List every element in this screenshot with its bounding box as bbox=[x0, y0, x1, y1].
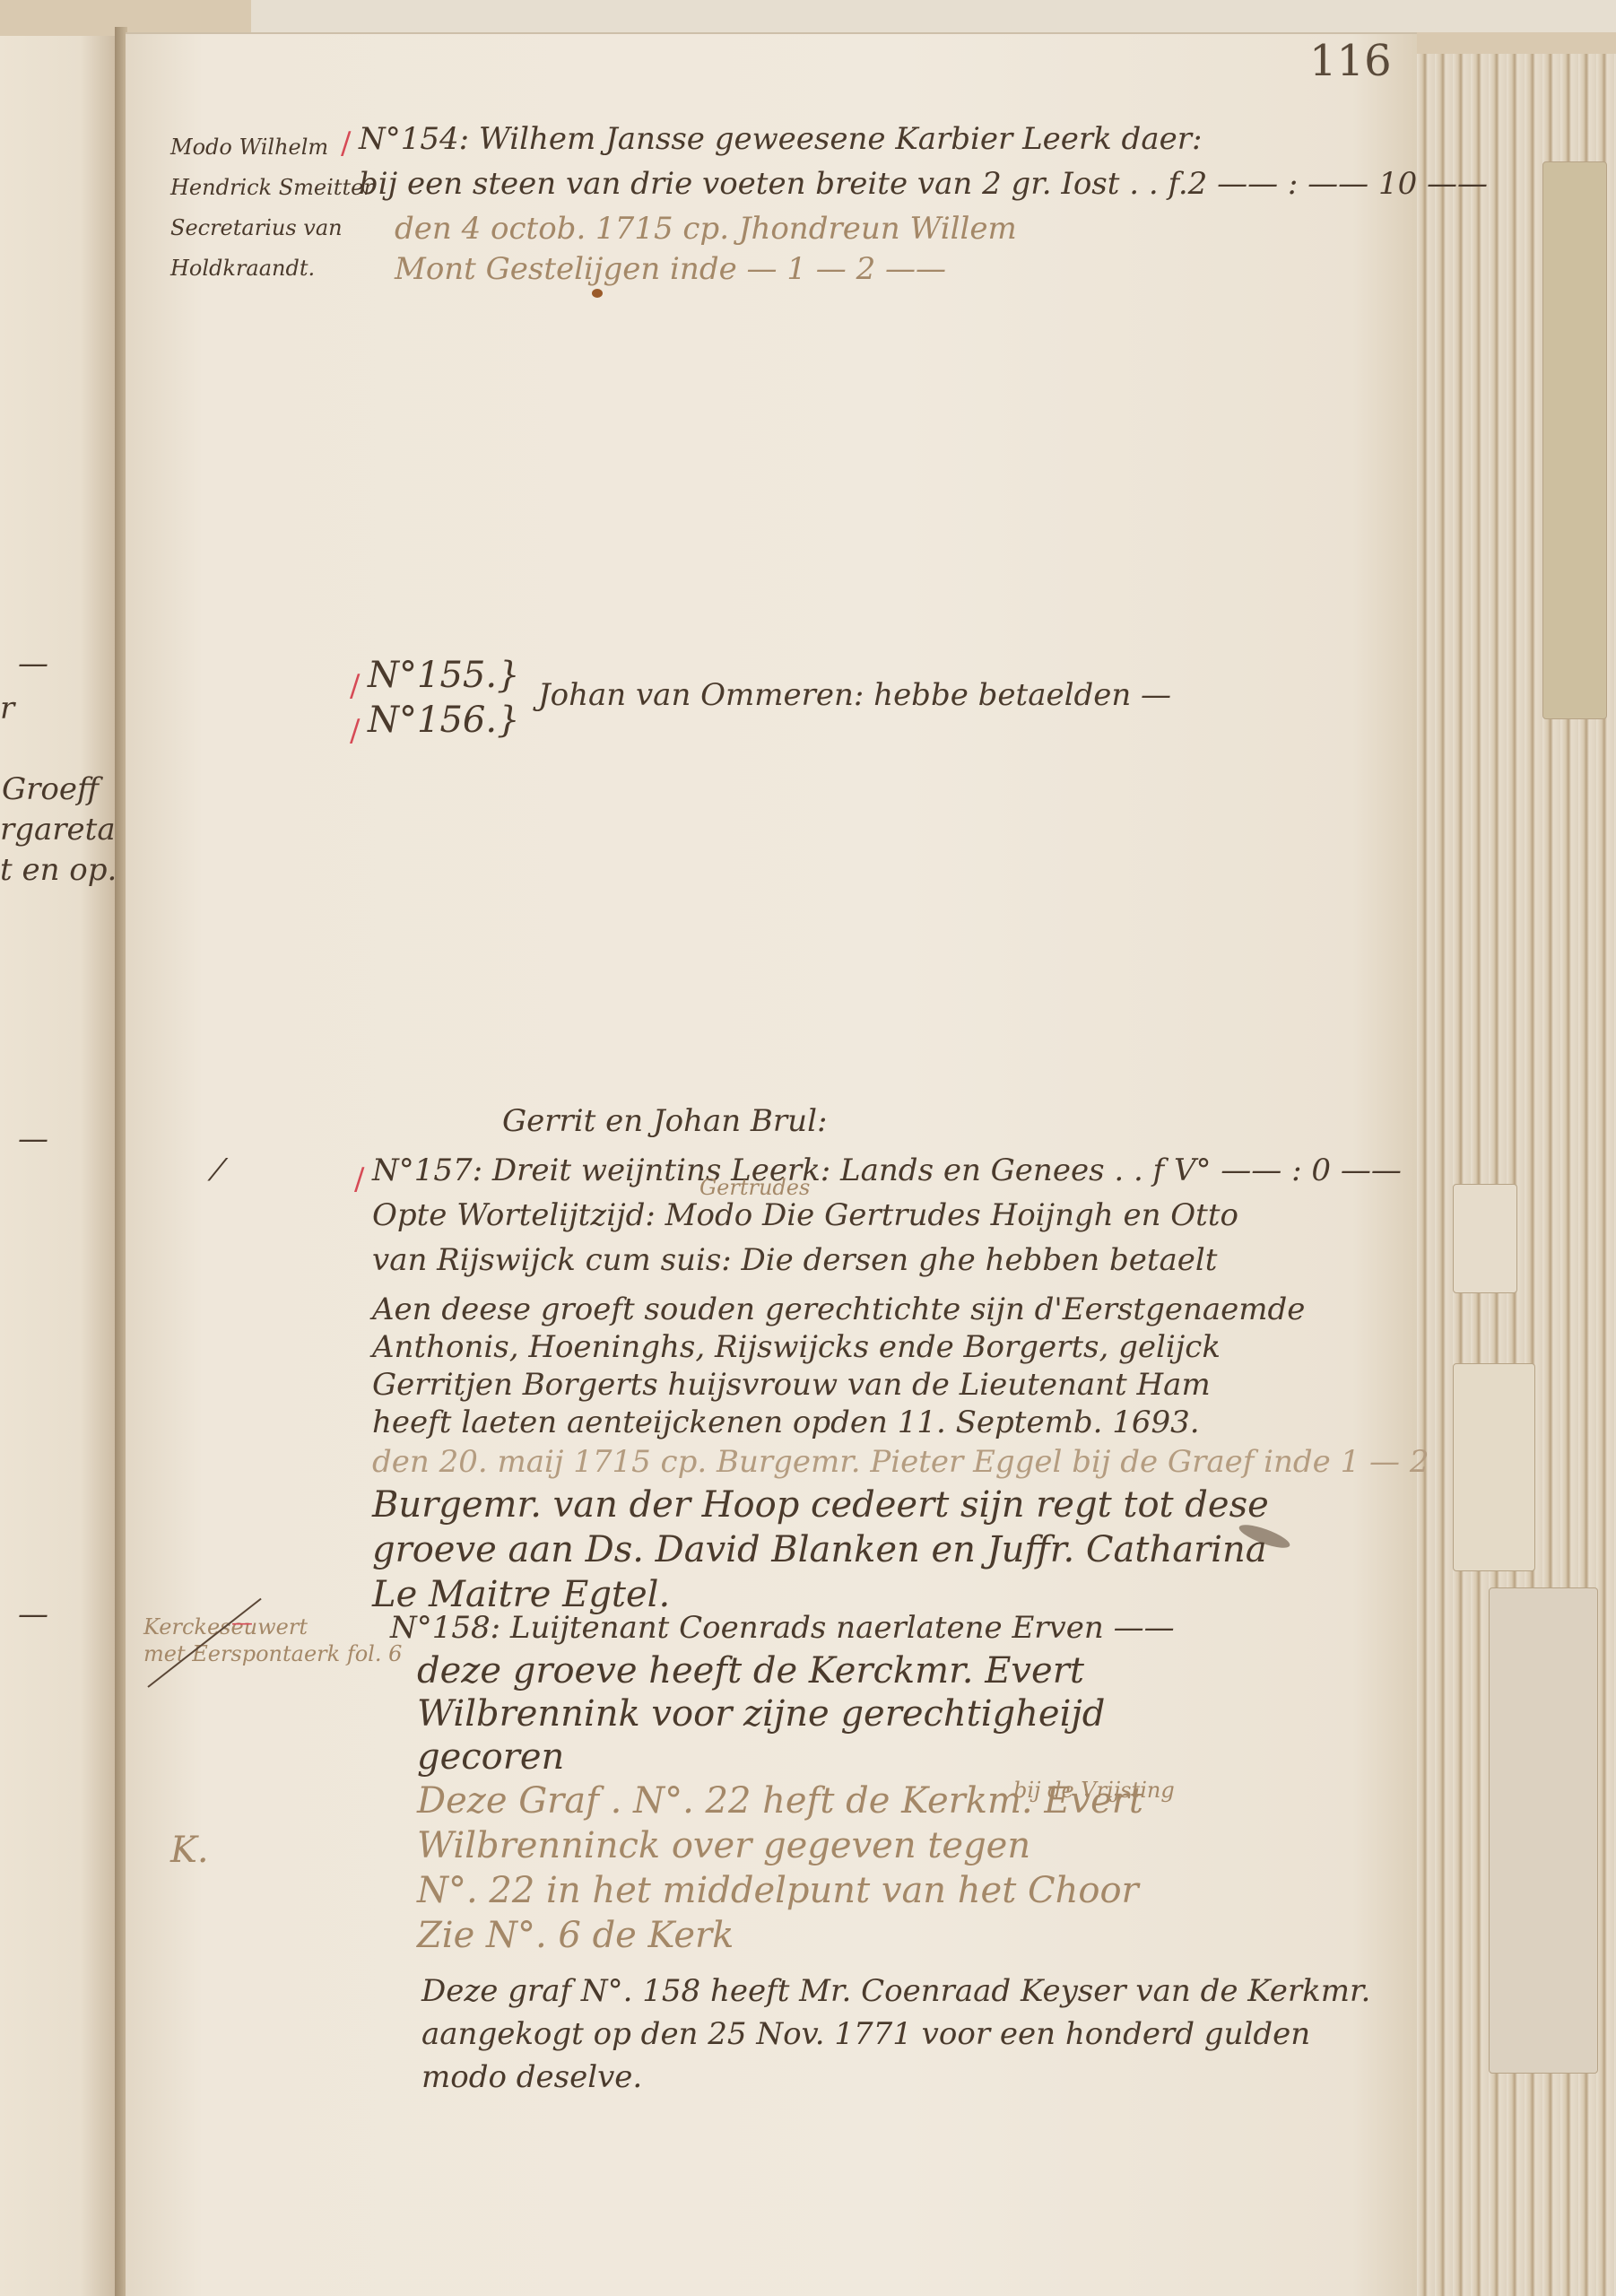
left-fragment: r bbox=[0, 691, 14, 726]
red-check-mark: / bbox=[354, 1161, 364, 1197]
left-fragment: t en op. bbox=[0, 852, 117, 888]
entry-line: Johan van Ommeren: hebbe betaelden — bbox=[538, 677, 1171, 713]
red-check-mark: / bbox=[350, 668, 360, 704]
entry-line: heeft laeten aenteijckenen opden 11. Sep… bbox=[372, 1405, 1200, 1440]
entry-line: modo deselve. bbox=[421, 2059, 642, 2095]
entry-line: N°158: Luijtenant Coenrads naerlatene Er… bbox=[390, 1610, 1175, 1646]
entry-number: N°156.} bbox=[368, 700, 520, 741]
entry-line: Anthonis, Hoeninghs, Rijswijcks ende Bor… bbox=[372, 1329, 1221, 1365]
entry-line: groeve aan Ds. David Blanken en Juffr. C… bbox=[372, 1529, 1267, 1570]
red-check-mark: / bbox=[350, 713, 360, 749]
left-fragment: Groeff bbox=[2, 771, 99, 807]
folio-number: 116 bbox=[1309, 36, 1392, 86]
entry-line: aangekogt op den 25 Nov. 1771 voor een h… bbox=[421, 2016, 1310, 2052]
entry-line: gecoren bbox=[417, 1736, 564, 1778]
left-fragment: — bbox=[18, 646, 48, 682]
margin-note: Secretarius van bbox=[170, 215, 343, 240]
left-fragment: — bbox=[18, 1596, 48, 1632]
faded-line: den 20. maij 1715 cp. Burgemr. Pieter Eg… bbox=[372, 1444, 1429, 1480]
faded-line: N°. 22 in het middelpunt van het Choor bbox=[417, 1870, 1139, 1911]
entry-line: Wilbrennink voor zijne gerechtigheijd bbox=[417, 1693, 1105, 1735]
paper-tab bbox=[1453, 1184, 1517, 1293]
background-strip bbox=[251, 0, 1616, 32]
margin-note: Modo Wilhelm bbox=[170, 135, 328, 160]
margin-mark: ⁄ bbox=[215, 1152, 221, 1188]
margin-note: met Eerspontaerk fol. 6 bbox=[143, 1641, 402, 1666]
margin-note: Holdkraandt. bbox=[170, 256, 315, 281]
entry-line: bij een steen van drie voeten breite van… bbox=[359, 166, 1488, 202]
ink-dot bbox=[592, 289, 603, 298]
left-fragment: — bbox=[18, 1121, 48, 1157]
red-check-mark: / bbox=[341, 126, 351, 161]
margin-letter: K. bbox=[170, 1830, 209, 1871]
paper-tab bbox=[1489, 1587, 1598, 2074]
entry-heading: Gerrit en Johan Brul: bbox=[502, 1103, 827, 1139]
red-check-mark: — bbox=[231, 1610, 253, 1635]
entry-line: Deze graf N°. 158 heeft Mr. Coenraad Key… bbox=[421, 1973, 1370, 2009]
interlinear-note: Gertrudes bbox=[699, 1175, 810, 1200]
faded-line: Wilbrenninck over gegeven tegen bbox=[417, 1825, 1030, 1866]
entry-line: deze groeve heeft de Kerckmr. Evert bbox=[417, 1650, 1084, 1692]
entry-number: N°155.} bbox=[368, 655, 520, 696]
entry-line: van Rijswijck cum suis: Die dersen ghe h… bbox=[372, 1242, 1217, 1278]
entry-line: Burgemr. van der Hoop cedeert sijn regt … bbox=[372, 1484, 1269, 1526]
margin-note: Hendrick Smeitter bbox=[170, 175, 374, 200]
interlinear-note: bij de Vrijsting bbox=[1013, 1778, 1175, 1803]
faded-line: den 4 octob. 1715 cp. Jhondreun Willem bbox=[395, 211, 1017, 247]
paper-tab bbox=[1453, 1363, 1535, 1571]
entry-line: Gerritjen Borgerts huijsvrouw van de Lie… bbox=[372, 1367, 1211, 1403]
entry-line: Opte Wortelijtzijd: Modo Die Gertrudes H… bbox=[372, 1197, 1238, 1233]
entry-line: N°154: Wilhem Jansse geweesene Karbier L… bbox=[359, 121, 1202, 157]
left-page bbox=[0, 36, 117, 2296]
left-fragment: rgareta bbox=[0, 812, 116, 848]
entry-line: Aen deese groeft souden gerechtichte sij… bbox=[372, 1291, 1305, 1327]
faded-line: Mont Gestelijgen inde — 1 — 2 —— bbox=[395, 251, 946, 287]
faded-line: Zie N°. 6 de Kerk bbox=[417, 1915, 734, 1956]
page-tab bbox=[1542, 161, 1607, 719]
entry-line: N°157: Dreit weijntins Leerk: Lands en G… bbox=[372, 1152, 1402, 1188]
